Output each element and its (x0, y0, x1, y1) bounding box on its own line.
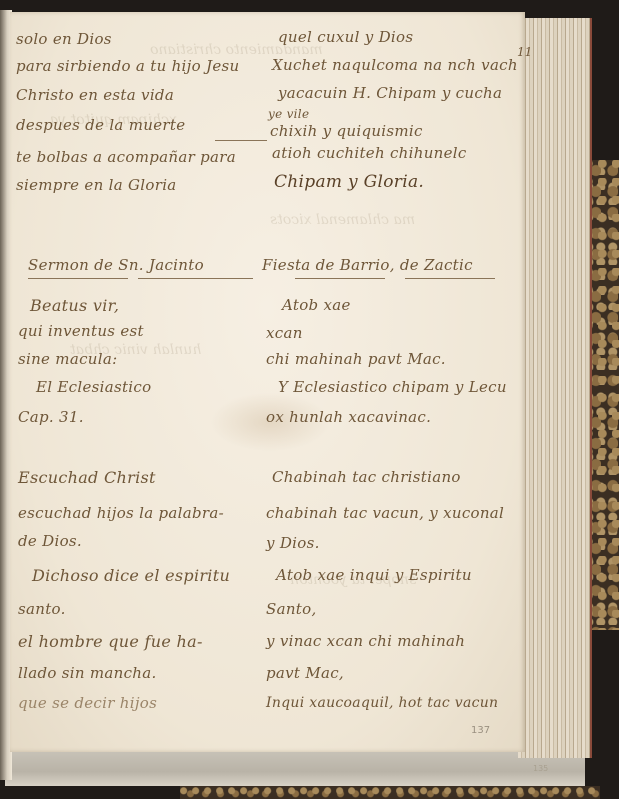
spanish-line: el hombre que fue ha- (18, 634, 203, 650)
tzotzil-line: ox hunlah xacavinac. (266, 410, 431, 425)
spanish-line: El Eclesiastico (36, 380, 151, 395)
sermon-heading: Sermon de Sn. Jacinto (28, 258, 204, 273)
feast-heading: Fiesta de Barrio, de Zactic (262, 258, 473, 273)
tzotzil-line: Chabinah tac christiano (272, 470, 461, 485)
spanish-line: solo en Dios (16, 32, 112, 47)
bottom-stamp-number: 135 (533, 764, 548, 773)
tzotzil-line: Chipam y Gloria. (274, 174, 424, 191)
page-fore-edge (518, 18, 592, 758)
tzotzil-line: chi mahinah pavt Mac. (266, 352, 446, 367)
tzotzil-line: Atob xae (282, 298, 351, 313)
spanish-line: santo. (18, 602, 66, 617)
tzotzil-line: Santo, (266, 602, 317, 617)
tzotzil-line: ye vile (268, 108, 309, 120)
tzotzil-line: Atob xae inqui y Espiritu (276, 568, 472, 583)
spanish-line: siempre en la Gloria (16, 178, 177, 193)
bleed-through-text: ma chlamenal xicots (270, 212, 415, 228)
tzotzil-line: yacacuin H. Chipam y cucha (278, 86, 502, 101)
spanish-line: llado sin mancha. (18, 666, 157, 681)
heading-underline (405, 278, 495, 279)
tzotzil-line: chabinah tac vacun, y xuconal (266, 506, 504, 521)
spanish-line: sine macula: (18, 352, 117, 367)
tzotzil-line: quel cuxul y Dios (278, 30, 413, 45)
spanish-line: qui inventus est (18, 324, 144, 339)
spanish-line: de Dios. (18, 534, 82, 549)
manuscript-page: mandamiento christiano xchipam quitot ya… (10, 12, 525, 752)
tzotzil-line: y vinac xcan chi mahinah (266, 634, 465, 649)
tzotzil-line: pavt Mac, (266, 666, 344, 681)
tzotzil-line: y Dios. (266, 536, 320, 551)
spanish-line: Dichoso dice el espiritu (32, 568, 230, 584)
heading-underline (295, 278, 385, 279)
spanish-line: Escuchad Christ (18, 470, 156, 486)
spanish-line: Beatus vir, (30, 298, 119, 314)
spanish-line: Cap. 31. (18, 410, 84, 425)
heading-underline (28, 278, 128, 279)
tzotzil-line: chixih y quiquismic (270, 124, 423, 139)
spanish-line: te bolbas a acompañar para (16, 150, 236, 165)
connector-line (215, 140, 267, 141)
tzotzil-line: Inqui xaucoaquil, hot tac vacun (266, 696, 498, 710)
spanish-line: Christo en esta vida (16, 88, 174, 103)
spanish-line: despues de la muerte (16, 118, 185, 133)
pencil-page-number: 137 (471, 725, 490, 736)
heading-underline (138, 278, 253, 279)
tzotzil-line: Y Eclesiastico chipam y Lecu (278, 380, 507, 395)
marbled-endpaper-bottom (180, 786, 600, 799)
spanish-line: que se decir hijos (18, 696, 157, 711)
tzotzil-line: xcan (266, 326, 303, 341)
page-bottom-edge (5, 750, 585, 786)
tzotzil-line: atioh cuchiteh chihunelc (272, 146, 467, 161)
tzotzil-line: Xuchet naqulcoma na nch vach (272, 58, 518, 73)
spanish-line: escuchad hijos la palabra- (18, 506, 224, 521)
spanish-line: para sirbiendo a tu hijo Jesu (16, 59, 239, 74)
folio-number: 11 (517, 45, 532, 59)
